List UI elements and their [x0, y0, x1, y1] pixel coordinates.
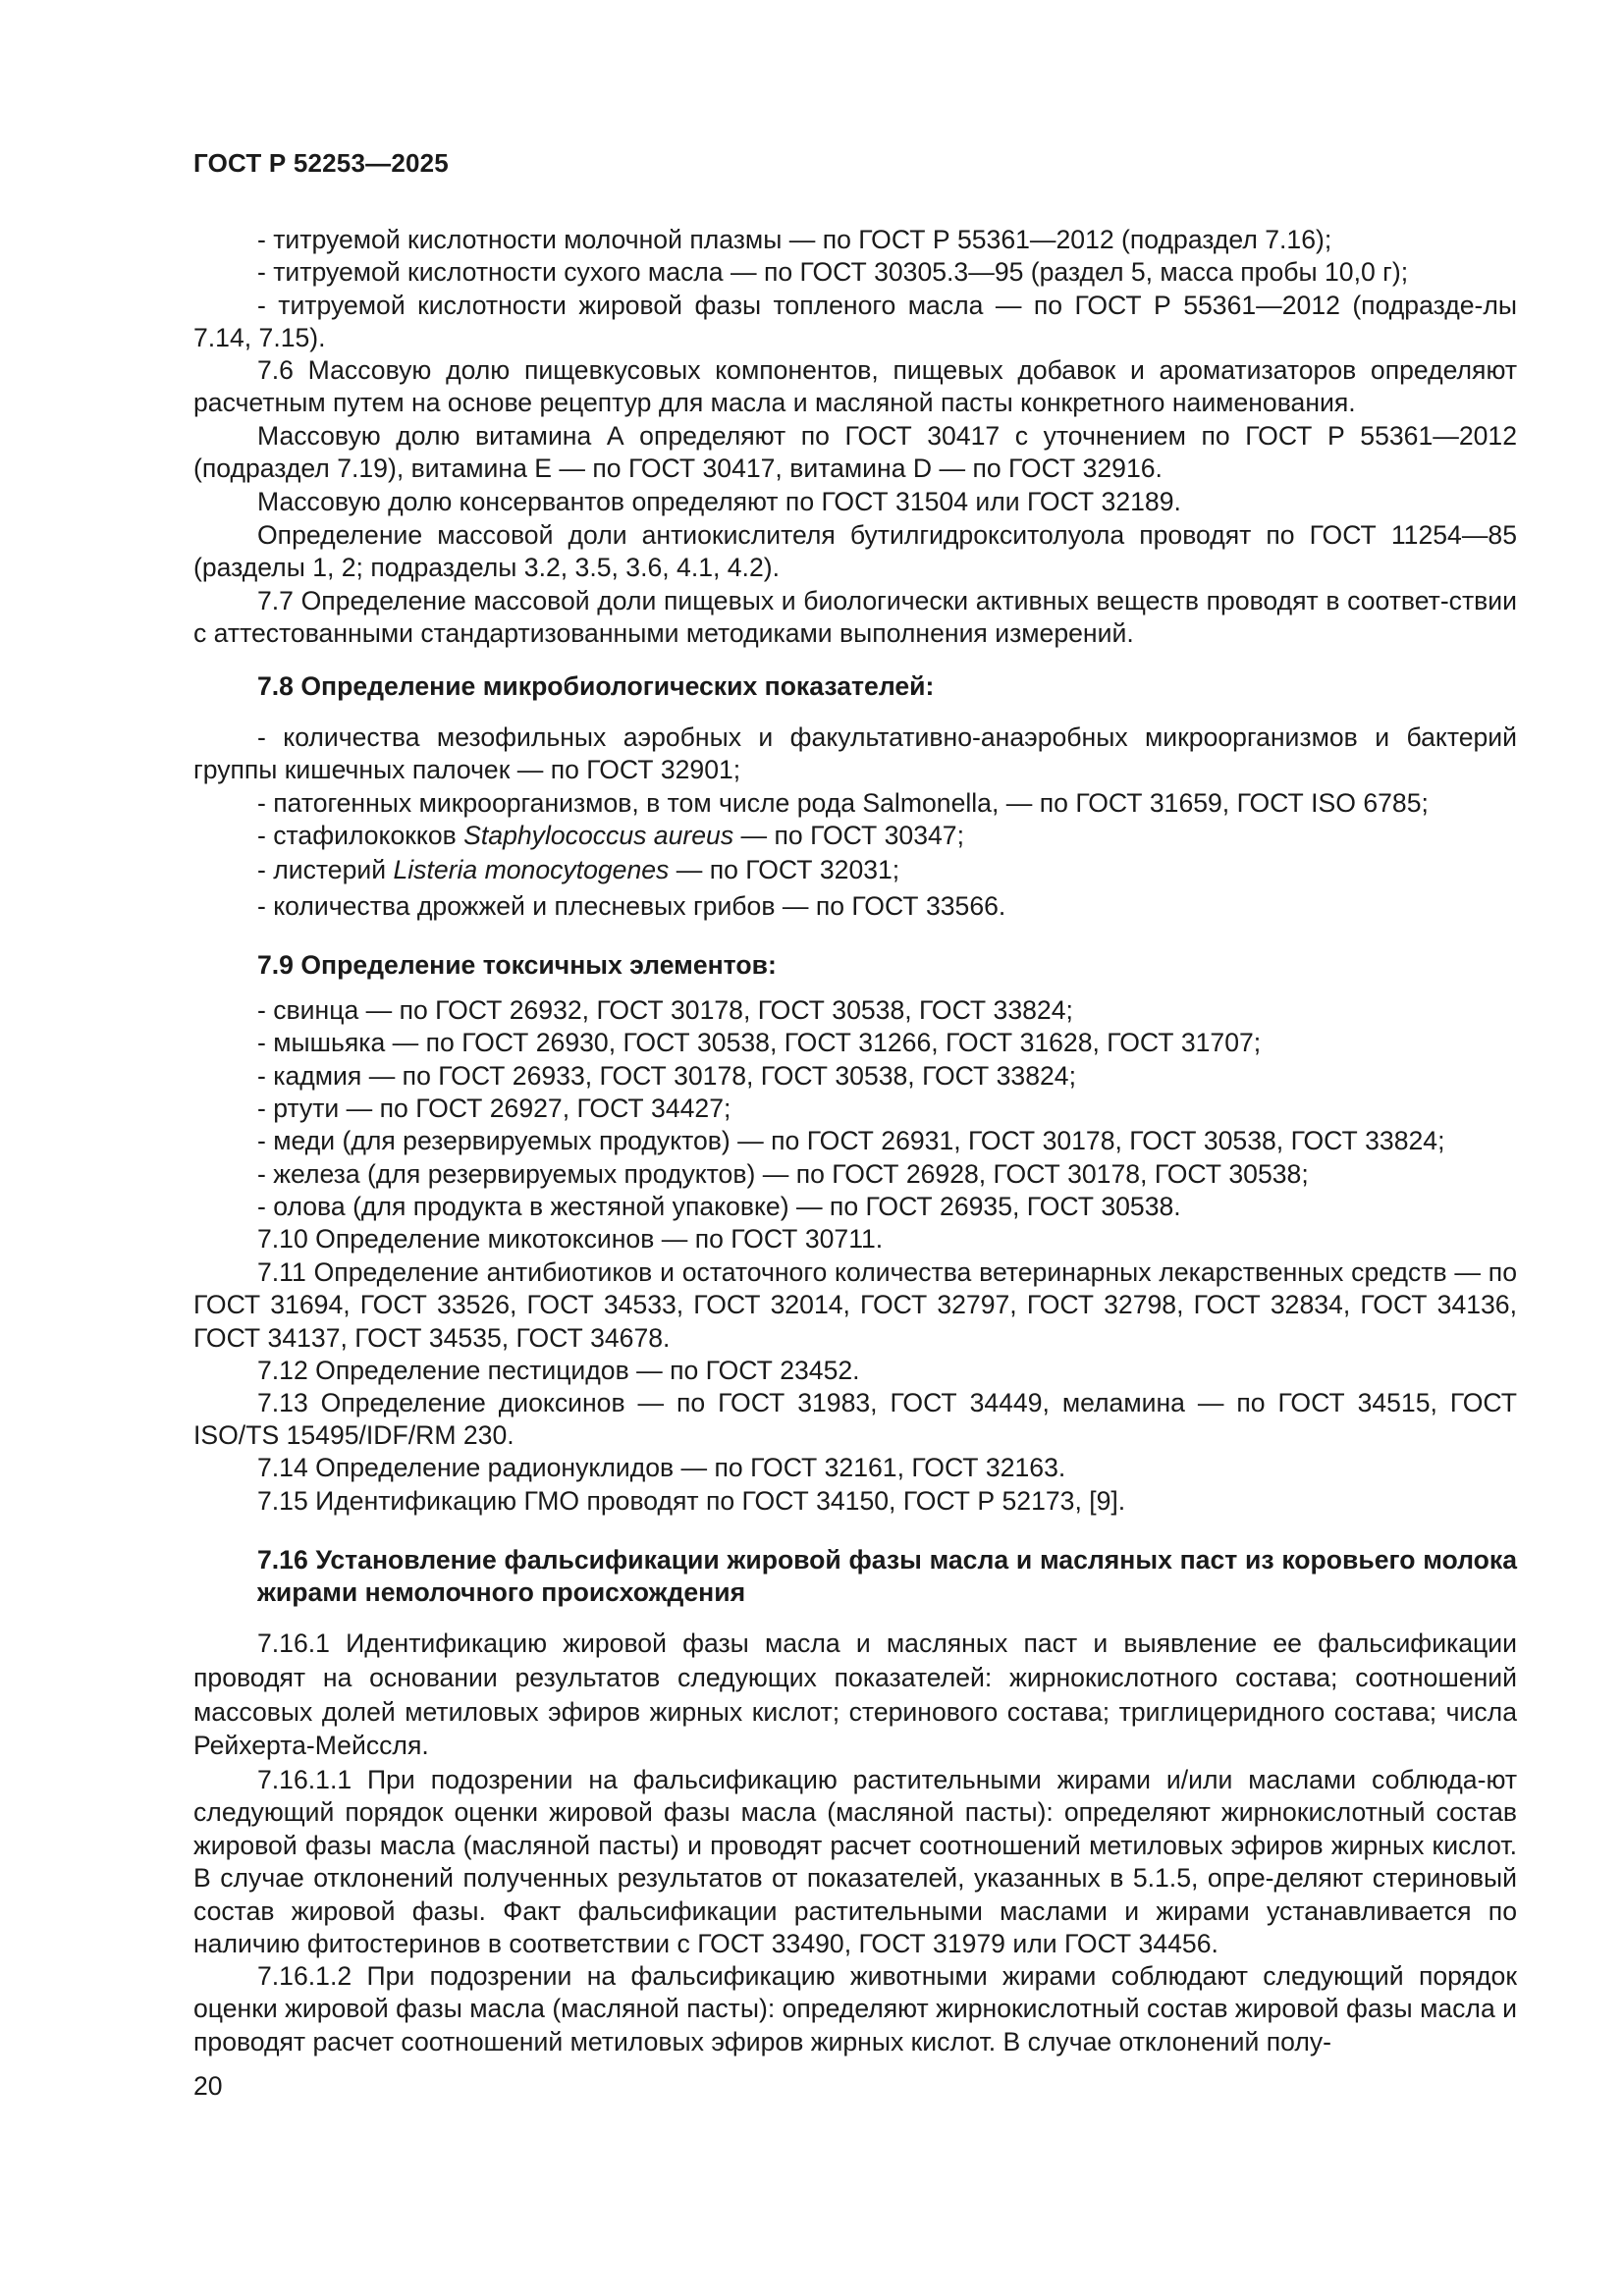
paragraph-7-14: 7.14 Определение радионуклидов — по ГОСТ…: [257, 1452, 1517, 1484]
paragraph-7-13: 7.13 Определение диоксинов — по ГОСТ 319…: [193, 1387, 1517, 1453]
list-item: - патогенных микроорганизмов, в том числ…: [257, 787, 1517, 820]
paragraph-text: 7.13 Определение диоксинов — по ГОСТ 319…: [193, 1388, 1517, 1450]
paragraph-text: 7.16.1 Идентификацию жировой фазы масла …: [193, 1629, 1517, 1760]
page-number: 20: [193, 2070, 223, 2103]
list-item: - кадмия — по ГОСТ 26933, ГОСТ 30178, ГО…: [257, 1060, 1517, 1093]
paragraph-7-10: 7.10 Определение микотоксинов — по ГОСТ …: [257, 1223, 1517, 1255]
paragraph-text: 7.16.1.2 При подозрении на фальсификацию…: [193, 1961, 1517, 2056]
paragraph-preservatives: Массовую долю консервантов определяют по…: [193, 486, 1517, 518]
list-item: - железа (для резервируемых продуктов) —…: [257, 1158, 1517, 1191]
paragraph-text: 7.11 Определение антибиотиков и остаточн…: [193, 1257, 1517, 1353]
paragraph-text: Массовую долю консервантов определяют по…: [257, 487, 1181, 516]
list-item: - олова (для продукта в жестяной упаковк…: [257, 1191, 1517, 1223]
list-item-text: - листерий: [257, 855, 393, 884]
section-heading-7-16: 7.16 Установление фальсификации жировой …: [257, 1544, 1517, 1609]
list-item: - листерий Listeria monocytogenes — по Г…: [257, 854, 1517, 886]
list-item: - титруемой кислотности молочной плазмы …: [257, 224, 1517, 256]
list-item-text: — по ГОСТ 32031;: [669, 855, 899, 884]
paragraph-text: Определение массовой доли антиокислителя…: [193, 520, 1517, 582]
list-item: - стафилококков Staphylococcus aureus — …: [257, 820, 1517, 852]
paragraph-7-12: 7.12 Определение пестицидов — по ГОСТ 23…: [257, 1355, 1517, 1387]
list-item: - ртути — по ГОСТ 26927, ГОСТ 34427;: [257, 1093, 1517, 1125]
list-item-text: - количества мезофильных аэробных и факу…: [193, 722, 1517, 784]
paragraph-antioxidant: Определение массовой доли антиокислителя…: [193, 519, 1517, 585]
list-item-text: - титруемой кислотности жировой фазы топ…: [193, 291, 1517, 352]
paragraph-7-16-1-1: 7.16.1.1 При подозрении на фальсификацию…: [193, 1764, 1517, 1960]
list-item-text: — по ГОСТ 30347;: [733, 821, 964, 850]
list-item: - титруемой кислотности жировой фазы топ…: [193, 290, 1517, 355]
paragraph-text: 7.16.1.1 При подозрении на фальсификацию…: [193, 1765, 1517, 1958]
section-heading-7-8: 7.8 Определение микробиологических показ…: [257, 670, 1517, 703]
section-heading-7-9: 7.9 Определение токсичных элементов:: [257, 949, 1517, 982]
paragraph-text: 7.7 Определение массовой доли пищевых и …: [193, 586, 1517, 648]
species-name: Staphylococcus aureus: [463, 821, 733, 850]
document-header-id: ГОСТ Р 52253—2025: [193, 147, 449, 180]
paragraph-7-16-1-2: 7.16.1.2 При подозрении на фальсификацию…: [193, 1960, 1517, 2058]
paragraph-7-15: 7.15 Идентификацию ГМО проводят по ГОСТ …: [257, 1485, 1517, 1518]
paragraph-7-16-1: 7.16.1 Идентификацию жировой фазы масла …: [193, 1627, 1517, 1763]
document-page: ГОСТ Р 52253—2025 - титруемой кислотност…: [0, 0, 1624, 2296]
paragraph-text: Массовую долю витамина А определяют по Г…: [193, 421, 1517, 483]
list-item: - мышьяка — по ГОСТ 26930, ГОСТ 30538, Г…: [257, 1027, 1517, 1059]
species-name: Listeria monocytogenes: [393, 855, 669, 884]
list-item: - количества мезофильных аэробных и факу…: [193, 721, 1517, 787]
list-item: - титруемой кислотности сухого масла — п…: [257, 256, 1517, 289]
list-item: - количества дрожжей и плесневых грибов …: [257, 890, 1517, 923]
list-item: - меди (для резервируемых продуктов) — п…: [257, 1125, 1517, 1157]
paragraph-7-6: 7.6 Массовую долю пищевкусовых компонент…: [193, 354, 1517, 420]
paragraph-7-7: 7.7 Определение массовой доли пищевых и …: [193, 585, 1517, 651]
list-item-text: - стафилококков: [257, 821, 463, 850]
list-item: - свинца — по ГОСТ 26932, ГОСТ 30178, ГО…: [257, 994, 1517, 1027]
paragraph-vitamins: Массовую долю витамина А определяют по Г…: [193, 420, 1517, 486]
paragraph-7-11: 7.11 Определение антибиотиков и остаточн…: [193, 1256, 1517, 1355]
paragraph-text: 7.6 Массовую долю пищевкусовых компонент…: [193, 355, 1517, 417]
